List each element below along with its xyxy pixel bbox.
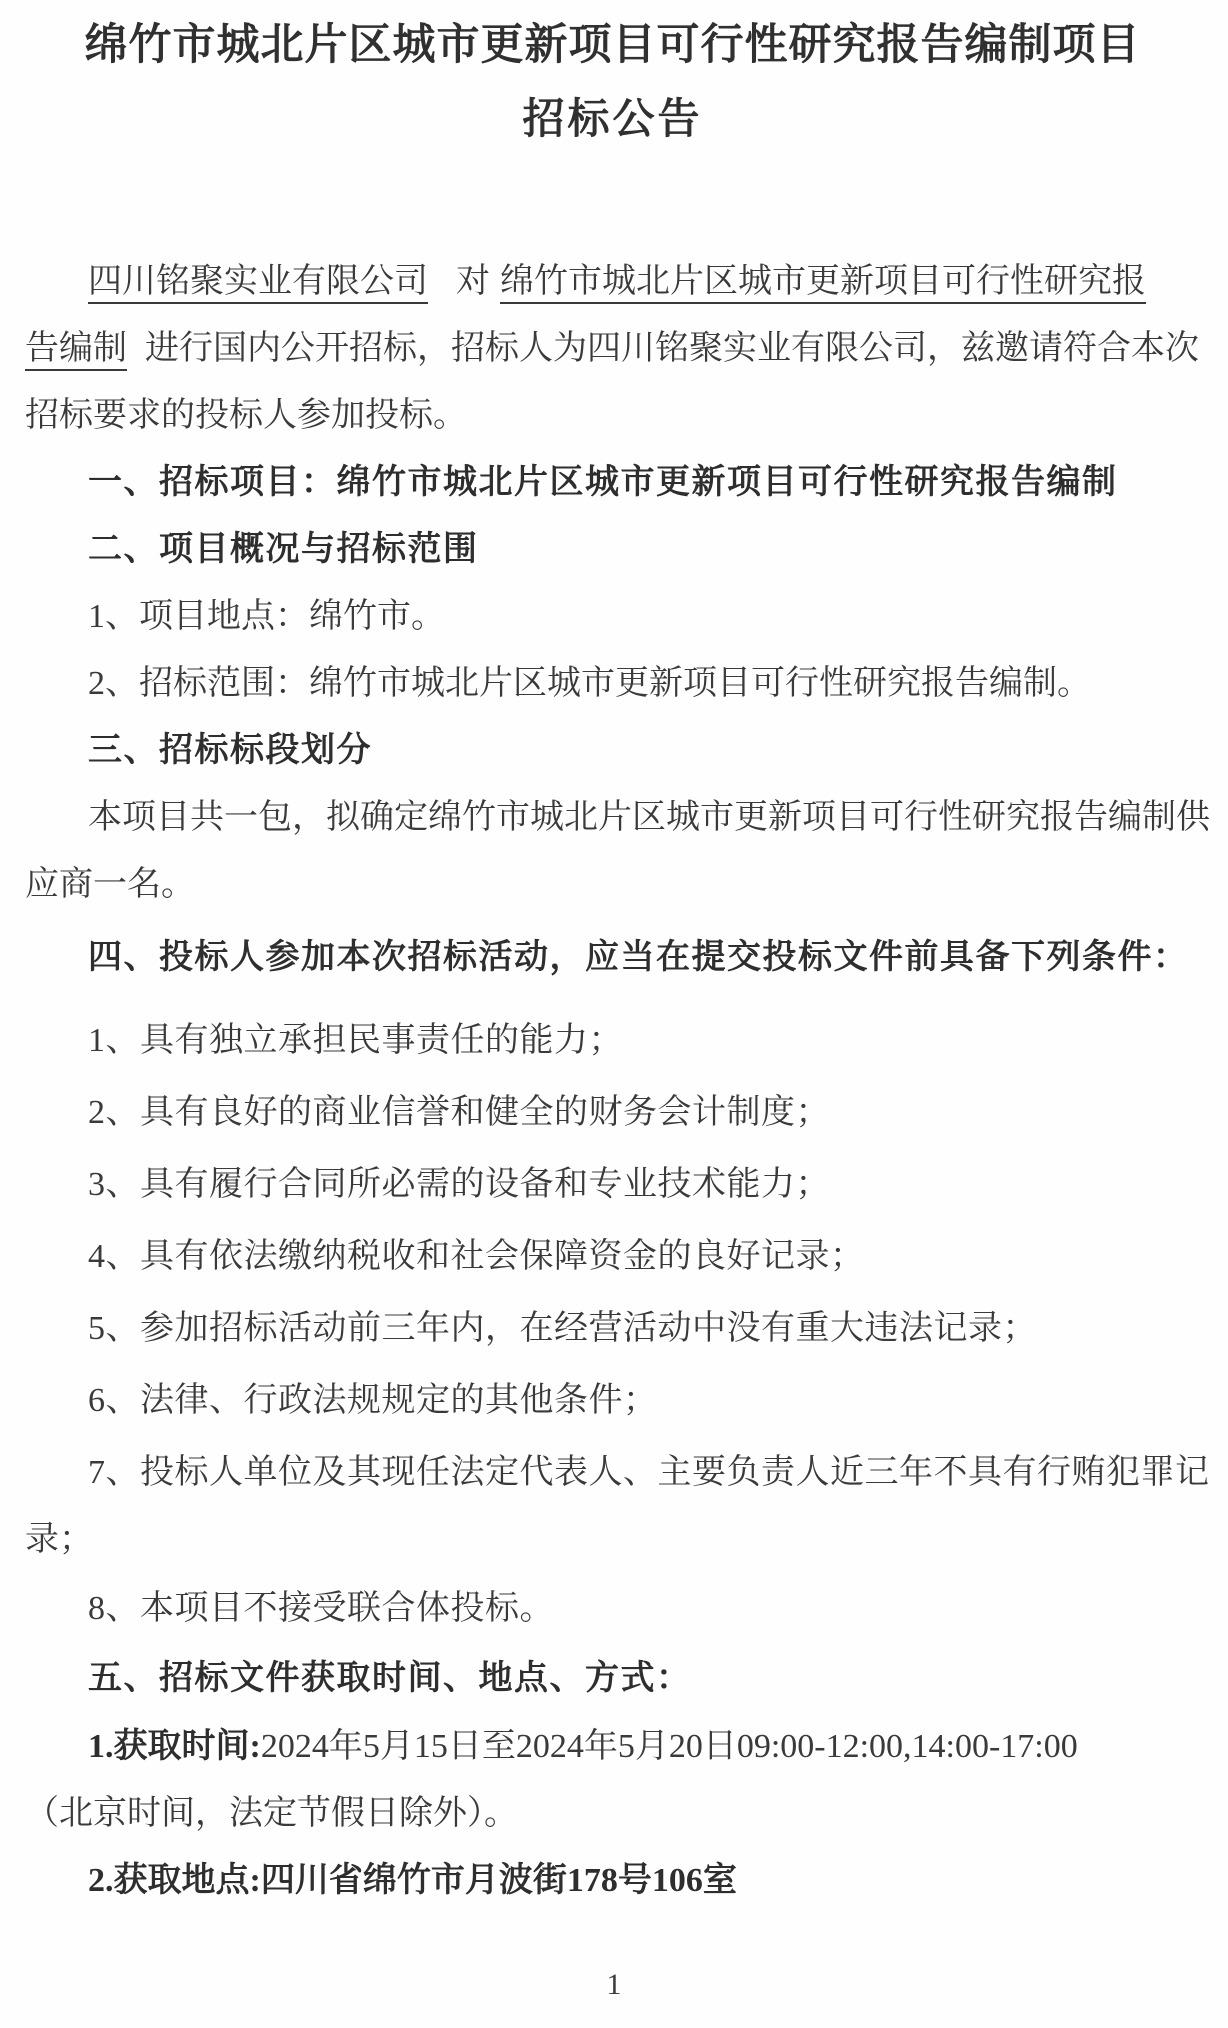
doc-title-line-2: 招标公告	[25, 92, 1200, 148]
section-4-heading: 四、投标人参加本次招标活动，应当在提交投标文件前具备下列条件：	[25, 924, 1200, 991]
condition-item-7-line-1: 7、投标人单位及其现任法定代表人、主要负责人近三年不具有行贿犯罪记	[25, 1439, 1200, 1506]
section-2-item-1: 1、项目地点：绵竹市。	[25, 583, 1200, 650]
section-5-heading: 五、招标文件获取时间、地点、方式：	[25, 1645, 1200, 1712]
doc-obtain-time-line: 1.获取时间:2024年5月15日至2024年5月20日09:00-12:00,…	[25, 1713, 1200, 1780]
section-1-heading: 一、招标项目：绵竹市城北片区城市更新项目可行性研究报告编制	[25, 449, 1200, 516]
condition-item-8: 8、本项目不接受联合体投标。	[25, 1575, 1200, 1642]
condition-item-2: 2、具有良好的商业信誉和健全的财务会计制度；	[25, 1079, 1200, 1146]
intro-bidder-name-underlined: 四川铭聚实业有限公司	[88, 263, 446, 300]
doc-obtain-time-note: （北京时间，法定节假日除外）。	[25, 1780, 1200, 1847]
doc-title-line-1: 绵竹市城北片区城市更新项目可行性研究报告编制项目	[25, 16, 1200, 76]
condition-item-3: 3、具有履行合同所必需的设备和专业技术能力；	[25, 1151, 1200, 1218]
document-content: 绵竹市城北片区城市更新项目可行性研究报告编制项目 招标公告 四川铭聚实业有限公司…	[0, 0, 1228, 1914]
section-3-paragraph-line-2: 应商一名。	[25, 851, 1200, 918]
scanned-document-page: 绵竹市城北片区城市更新项目可行性研究报告编制项目 招标公告 四川铭聚实业有限公司…	[0, 0, 1228, 2028]
intro-connector: 对	[446, 263, 500, 300]
condition-item-4: 4、具有依法缴纳税收和社会保障资金的良好记录；	[25, 1223, 1200, 1290]
page-number: 1	[0, 1968, 1228, 2002]
intro-line-3: 招标要求的投标人参加投标。	[25, 382, 1200, 449]
intro-text: 进行国内公开招标，招标人为四川铭聚实业有限公司，兹邀请符合本次	[145, 330, 1199, 367]
intro-line-2: 告编制进行国内公开招标，招标人为四川铭聚实业有限公司，兹邀请符合本次	[25, 315, 1200, 382]
intro-project-name-underlined: 绵竹市城北片区城市更新项目可行性研究报	[500, 263, 1146, 300]
intro-line-1: 四川铭聚实业有限公司对绵竹市城北片区城市更新项目可行性研究报	[25, 248, 1200, 315]
condition-item-5: 5、参加招标活动前三年内，在经营活动中没有重大违法记录；	[25, 1295, 1200, 1362]
doc-body: 四川铭聚实业有限公司对绵竹市城北片区城市更新项目可行性研究报 告编制进行国内公开…	[25, 248, 1200, 1914]
section-3-paragraph-line-1: 本项目共一包，拟确定绵竹市城北片区城市更新项目可行性研究报告编制供	[25, 784, 1200, 851]
section-3-heading: 三、招标标段划分	[25, 717, 1200, 784]
obtain-time-label: 1.获取时间:	[88, 1728, 261, 1765]
obtain-time-value: 2024年5月15日至2024年5月20日09:00-12:00,14:00-1…	[261, 1728, 1078, 1765]
section-2-heading: 二、项目概况与招标范围	[25, 516, 1200, 583]
condition-item-1: 1、具有独立承担民事责任的能力；	[25, 1007, 1200, 1074]
section-2-item-2: 2、招标范围：绵竹市城北片区城市更新项目可行性研究报告编制。	[25, 650, 1200, 717]
doc-obtain-place-line: 2.获取地点:四川省绵竹市月波街178号106室	[25, 1847, 1200, 1914]
condition-item-7-line-2: 录；	[25, 1506, 1200, 1573]
intro-project-name-underlined-cont: 告编制	[25, 330, 145, 367]
condition-item-6: 6、法律、行政法规规定的其他条件；	[25, 1367, 1200, 1434]
